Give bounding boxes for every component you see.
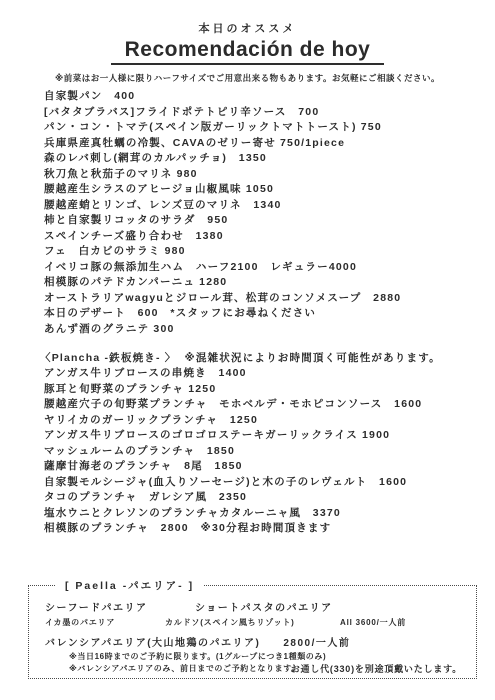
paella-row: イカ墨のパエリアカルドソ(スペイン風ちリゾット)All 3600/一人前 — [45, 617, 472, 628]
menu-item: 森のレバ刺し(網茸のカルパッチョ) 1350 — [44, 151, 495, 167]
appetizer-half-size-note: ※前菜はお一人様に限りハーフサイズでご用意出来る物もあります。お気軽にご相談くだ… — [0, 72, 495, 84]
paella-item: ショートパスタのパエリア — [195, 603, 333, 614]
menu-item: アンガス牛リブロースのゴロゴロステーキガーリックライス 1900 — [44, 428, 495, 444]
plancha-section-header: 〈Plancha -鉄板焼き- 〉※混雑状況によりお時間頂く可能性があります。 — [40, 350, 495, 365]
paella-row: シーフードパエリアショートパスタのパエリア — [45, 599, 472, 614]
menu-item: 自家製パン 400 — [44, 89, 495, 105]
menu-item: 柿と自家製リコッタのサラダ 950 — [44, 213, 495, 229]
menu-item: 腰越産蛸とリンゴ、レンズ豆のマリネ 1340 — [44, 198, 495, 214]
menu-item: 腰越産穴子の旬野菜プランチャ モホベルデ・モホピコンソース 1600 — [44, 397, 495, 413]
paella-box-title: [ Paella -パエリア- ] — [55, 578, 204, 593]
menu-item: 豚耳と旬野菜のプランチャ 1250 — [44, 382, 495, 398]
menu-item: イベリコ豚の無添加生ハム ハーフ2100 レギュラー4000 — [44, 260, 495, 276]
menu-item: フェ 白カビのサラミ 980 — [44, 244, 495, 260]
plancha-wait-note: ※混雑状況によりお時間頂く可能性があります。 — [185, 352, 441, 364]
paella-item: シーフードパエリア — [45, 599, 195, 614]
menu-item: 本日のデザート 600 *スタッフにお尋ねください — [44, 306, 495, 322]
menu-item: スペインチーズ盛り合わせ 1380 — [44, 229, 495, 245]
plancha-heading: 〈Plancha -鉄板焼き- 〉 — [40, 352, 177, 364]
menu-item: ヤリイカのガーリックプランチャ 1250 — [44, 413, 495, 429]
menu-item: 薩摩甘海老のプランチャ 8尾 1850 — [44, 459, 495, 475]
menu-item: 腰越産生シラスのアヒージョ山椒風味 1050 — [44, 182, 495, 198]
plancha-list: アンガス牛リブロースの串焼き 1400 豚耳と旬野菜のプランチャ 1250 腰越… — [44, 366, 495, 537]
menu-subtitle-japanese: 本日のオススメ — [0, 20, 495, 36]
menu-item: マッシュルームのプランチャ 1850 — [44, 444, 495, 460]
paella-price: All 3600/一人前 — [340, 618, 406, 627]
menu-item: 兵庫県産真牡蠣の冷製、CAVAのゼリー寄せ 750/1piece — [44, 136, 495, 152]
menu-item: アンガス牛リブロースの串焼き 1400 — [44, 366, 495, 382]
menu-item: 相模豚のプランチャ 2800 ※30分程お時間頂きます — [44, 521, 495, 537]
menu-item: 秋刀魚と秋茄子のマリネ 980 — [44, 167, 495, 183]
paella-item: カルドソ(スペイン風ちリゾット) — [165, 617, 340, 628]
menu-item: あんず酒のグラニテ 300 — [44, 322, 495, 338]
menu-page: 本日のオススメ Recomendación de hoy ※前菜はお一人様に限り… — [0, 0, 495, 700]
menu-item: 相模豚のパテドカンパーニュ 1280 — [44, 275, 495, 291]
menu-title: Recomendación de hoy — [111, 38, 385, 65]
cover-charge-note: お通し代(330)を別途頂戴いたします。 — [291, 662, 462, 675]
appetizer-list: 自家製パン 400 [バタタブラバス]フライドポテトピリ辛ソース 700 パン・… — [44, 89, 495, 337]
paella-item: バレンシアパエリア(大山地鶏のパエリア) 2800/一人前 — [45, 634, 472, 649]
menu-item: 自家製モルシージャ(血入りソーセージ)と木の子のレヴェルト 1600 — [44, 475, 495, 491]
menu-item: [バタタブラバス]フライドポテトピリ辛ソース 700 — [44, 105, 495, 121]
paella-item: イカ墨のパエリア — [45, 617, 165, 628]
menu-item: オーストラリアwagyuとジロール茸、松茸のコンソメスープ 2880 — [44, 291, 495, 307]
menu-item: パン・コン・トマテ(スペイン版ガーリックトマトトースト) 750 — [44, 120, 495, 136]
menu-item: タコのプランチャ ガレシア風 2350 — [44, 490, 495, 506]
menu-item: 塩水ウニとクレソンのプランチャカタルーニャ風 3370 — [44, 506, 495, 522]
